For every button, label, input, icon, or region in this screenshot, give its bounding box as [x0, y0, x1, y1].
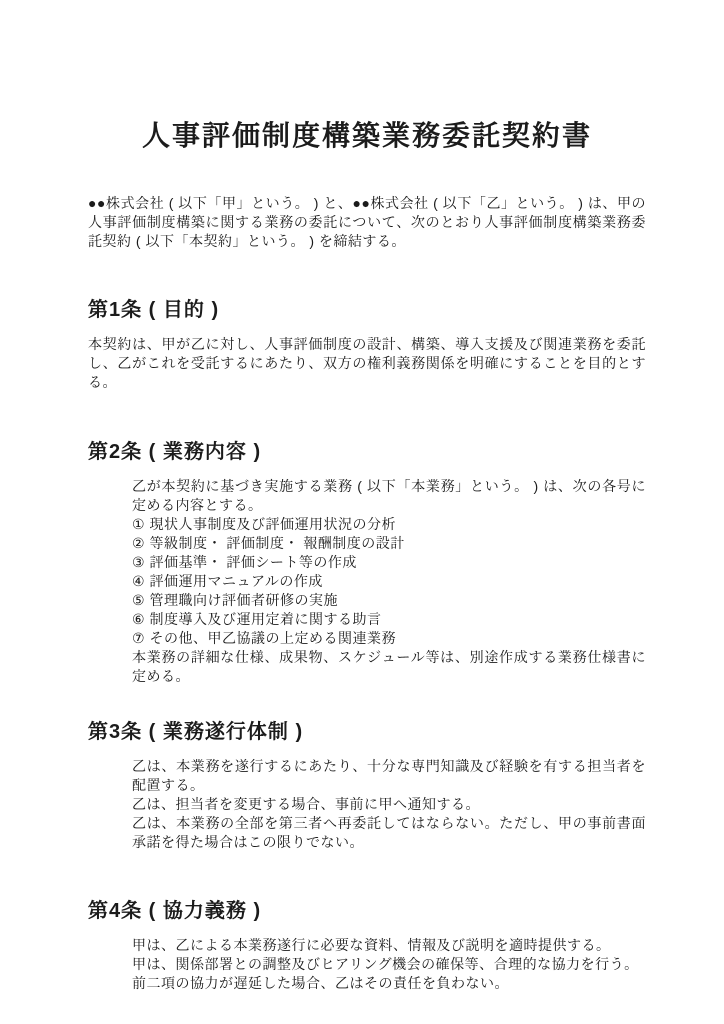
- article-4-heading: 第4条 ( 協力義務 ): [88, 897, 646, 925]
- article-3-heading: 第3条 ( 業務遂行体制 ): [88, 718, 646, 746]
- document-page: 人事評価制度構築業務委託契約書 ●●株式会社 ( 以下「甲」という。 ) と、●…: [0, 0, 724, 1024]
- article-section-2: 第2条 ( 業務内容 ) 乙が本契約に基づき実施する業務 ( 以下「本業務」とい…: [88, 438, 646, 686]
- article-2-list-item-1: ① 現状人事制度及び評価運用状況の分析: [132, 515, 646, 534]
- article-3-paragraph-1: 乙は、本業務を遂行するにあたり、十分な専門知識及び経験を有する担当者を配置する。: [132, 757, 646, 795]
- article-2-heading: 第2条 ( 業務内容 ): [88, 438, 646, 466]
- preamble-paragraph: ●●株式会社 ( 以下「甲」という。 ) と、●●株式会社 ( 以下「乙」という…: [88, 194, 646, 251]
- article-section-4: 第4条 ( 協力義務 ) 甲は、乙による本業務遂行に必要な資料、情報及び説明を適…: [88, 897, 646, 993]
- article-4-paragraph-1: 甲は、乙による本業務遂行に必要な資料、情報及び説明を適時提供する。: [132, 936, 646, 955]
- article-2-list-item-3: ③ 評価基準・ 評価シート等の作成: [132, 553, 646, 572]
- article-2-closing: 本業務の詳細な仕様、成果物、スケジュール等は、別途作成する業務仕様書に定める。: [132, 648, 646, 686]
- article-section-3: 第3条 ( 業務遂行体制 ) 乙は、本業務を遂行するにあたり、十分な専門知識及び…: [88, 718, 646, 852]
- article-4-paragraph-3: 前二項の協力が遅延した場合、乙はその責任を負わない。: [132, 974, 646, 993]
- article-2-list-item-5: ⑤ 管理職向け評価者研修の実施: [132, 591, 646, 610]
- article-3-paragraph-2: 乙は、担当者を変更する場合、事前に甲へ通知する。: [132, 795, 646, 814]
- article-4-paragraph-2: 甲は、関係部署との調整及びヒアリング機会の確保等、合理的な協力を行う。: [132, 955, 646, 974]
- article-2-list-item-7: ⑦ その他、甲乙協議の上定める関連業務: [132, 629, 646, 648]
- article-1-heading: 第1条 ( 目的 ): [88, 296, 646, 324]
- article-2-list-item-2: ② 等級制度・ 評価制度・ 報酬制度の設計: [132, 534, 646, 553]
- article-section-1: 第1条 ( 目的 ) 本契約は、甲が乙に対し、人事評価制度の設計、構築、導入支援…: [88, 296, 646, 392]
- article-3-paragraph-3: 乙は、本業務の全部を第三者へ再委託してはならない。ただし、甲の事前書面承諾を得た…: [132, 814, 646, 852]
- article-4-body: 甲は、乙による本業務遂行に必要な資料、情報及び説明を適時提供する。 甲は、関係部…: [132, 936, 646, 993]
- article-2-list-item-6: ⑥ 制度導入及び運用定着に関する助言: [132, 610, 646, 629]
- document-title: 人事評価制度構築業務委託契約書: [88, 116, 646, 156]
- article-1-body: 本契約は、甲が乙に対し、人事評価制度の設計、構築、導入支援及び関連業務を委託し、…: [88, 335, 646, 392]
- article-3-body: 乙は、本業務を遂行するにあたり、十分な専門知識及び経験を有する担当者を配置する。…: [132, 757, 646, 852]
- article-2-body: 乙が本契約に基づき実施する業務 ( 以下「本業務」という。 ) は、次の各号に定…: [132, 477, 646, 686]
- article-1-paragraph: 本契約は、甲が乙に対し、人事評価制度の設計、構築、導入支援及び関連業務を委託し、…: [88, 335, 646, 392]
- article-2-list-item-4: ④ 評価運用マニュアルの作成: [132, 572, 646, 591]
- article-2-intro: 乙が本契約に基づき実施する業務 ( 以下「本業務」という。 ) は、次の各号に定…: [132, 477, 646, 515]
